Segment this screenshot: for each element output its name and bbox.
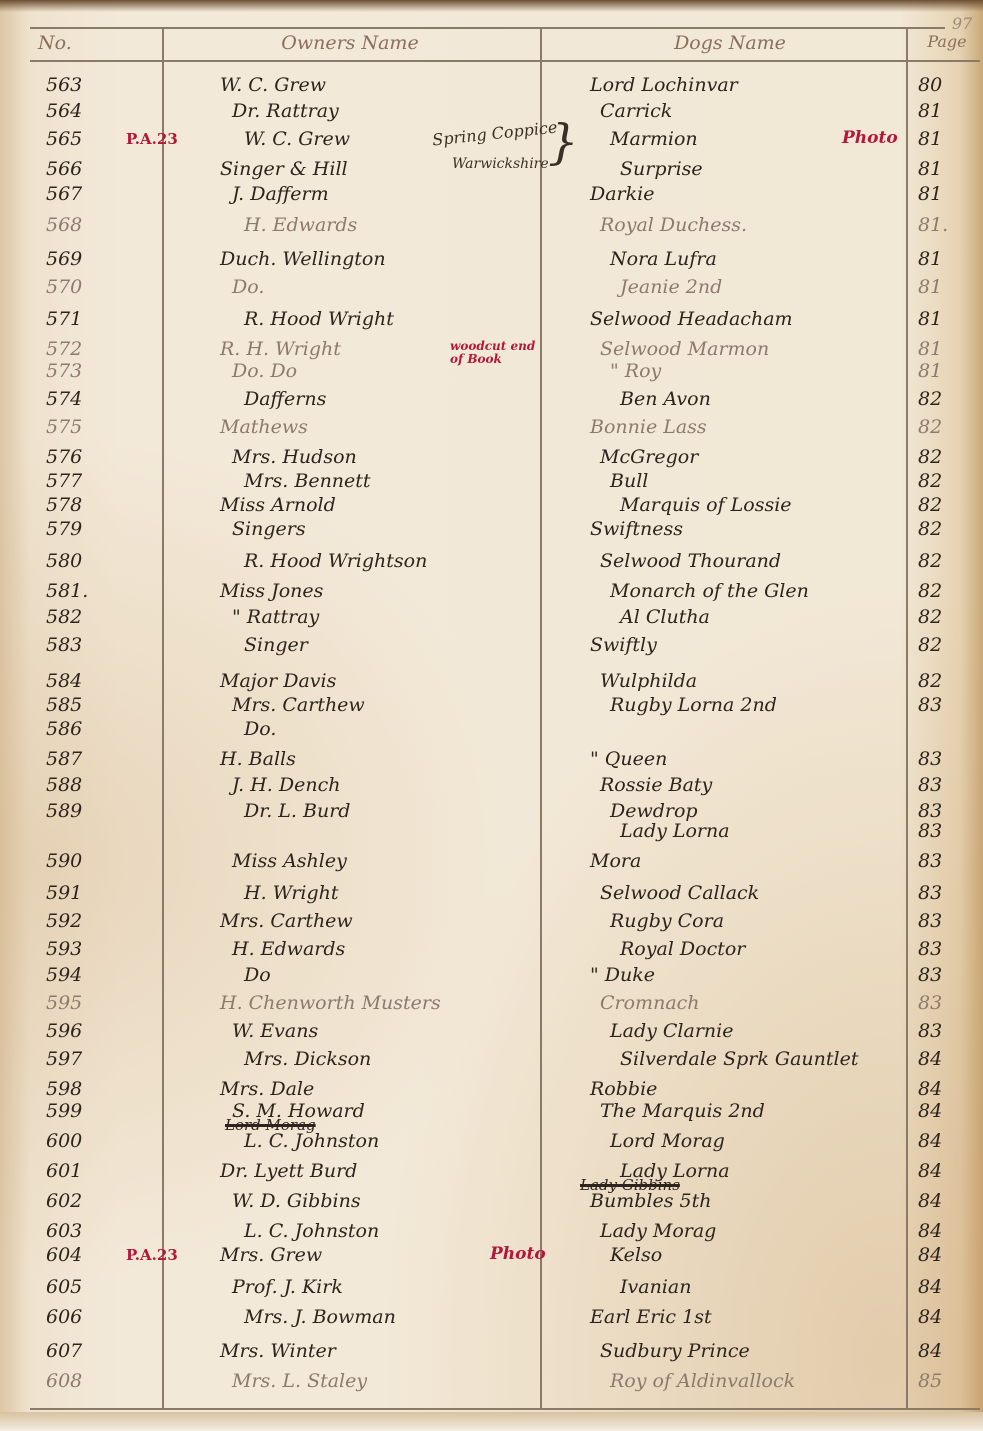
entry-number: 565	[46, 128, 136, 150]
entry-number: 575	[46, 416, 136, 438]
dog-name: " Queen	[570, 748, 930, 770]
owner-name: W. Evans	[200, 1020, 562, 1042]
owner-name: Mrs. Carthew	[200, 910, 550, 932]
dog-name: Silverdale Sprk Gauntlet	[570, 1048, 960, 1070]
page-number: 84	[918, 1244, 968, 1266]
page-number: 83	[918, 1020, 968, 1042]
ledger-row: 576Mrs. HudsonMcGregor82	[0, 446, 983, 472]
entry-number: 577	[46, 470, 136, 492]
dog-name: Mora	[570, 850, 930, 872]
header-owner: Owners Name	[200, 32, 500, 58]
dog-name: Bonnie Lass	[570, 416, 930, 438]
ledger-row: 596W. EvansLady Clarnie83	[0, 1020, 983, 1046]
entry-number: 605	[46, 1276, 136, 1298]
owner-name: Miss Jones	[200, 580, 550, 602]
dog-name: The Marquis 2nd	[570, 1100, 940, 1122]
owner-name: H. Balls	[200, 748, 550, 770]
red-reference-mark: P.A.23	[126, 1246, 178, 1264]
dog-name: Monarch of the Glen	[570, 580, 950, 602]
owner-name: Do	[200, 964, 574, 986]
page-number: 83	[918, 992, 968, 1014]
dog-name: Jeanie 2nd	[570, 276, 960, 298]
owner-name: H. Chenworth Musters	[200, 992, 550, 1014]
dog-name: Selwood Marmon	[570, 338, 940, 360]
header-no: No.	[30, 32, 98, 58]
ledger-row: 584Major DavisWulphilda82	[0, 670, 983, 696]
ledger-row: 563W. C. GrewLord Lochinvar80	[0, 74, 983, 100]
ledger-row: 594Do" Duke83	[0, 964, 983, 990]
owner-name: Duch. Wellington	[200, 248, 550, 270]
dog-name: Rugby Cora	[570, 910, 950, 932]
page-number: 82	[918, 606, 968, 628]
page-number: 84	[918, 1306, 968, 1328]
entry-number: 583	[46, 634, 136, 656]
dog-name: Nora Lufra	[570, 248, 950, 270]
dog-name: Selwood Headacham	[570, 308, 930, 330]
annotation-warwickshire: Warwickshire	[452, 156, 549, 172]
owner-name: Prof. J. Kirk	[200, 1276, 562, 1298]
dog-name: Carrick	[570, 100, 940, 122]
entry-number: 599	[46, 1100, 136, 1122]
dog-name: Robbie	[570, 1078, 930, 1100]
entry-number: 582	[46, 606, 136, 628]
entry-number: 602	[46, 1190, 136, 1212]
dog-name: Surprise	[570, 158, 960, 180]
owner-name: Miss Arnold	[200, 494, 550, 516]
ledger-row: 604P.A.23Mrs. GrewPhotoKelso84	[0, 1244, 983, 1270]
ledger-row: 586Do.	[0, 718, 983, 744]
entry-number: 606	[46, 1306, 136, 1328]
dog-name: Lady Morag	[570, 1220, 940, 1242]
entry-number: 592	[46, 910, 136, 932]
ledger-row: 587H. Balls" Queen83	[0, 748, 983, 774]
ledger-row: 607Mrs. WinterSudbury Prince84	[0, 1340, 983, 1366]
ledger-row: Lady Lorna83	[0, 820, 983, 846]
page-number: 83	[918, 938, 968, 960]
entry-number: 598	[46, 1078, 136, 1100]
entry-number: 591	[46, 882, 136, 904]
annotation-woodcut: woodcut end of Book	[450, 340, 540, 366]
annotation-brace: }	[548, 118, 579, 166]
entry-number: 594	[46, 964, 136, 986]
entry-number: 564	[46, 100, 136, 122]
page-number: 83	[918, 748, 968, 770]
ledger-row: 574DaffernsBen Avon82	[0, 388, 983, 414]
owner-name: Singer	[200, 634, 574, 656]
dog-name: Dewdrop	[570, 800, 950, 822]
ledger-row: 570Do.Jeanie 2nd81	[0, 276, 983, 302]
owner-name: J. H. Dench	[200, 774, 562, 796]
page-number: 81	[918, 308, 968, 330]
dog-name: Royal Duchess.	[570, 214, 940, 236]
page-number: 84	[918, 1276, 968, 1298]
dog-name: Rossie Baty	[570, 774, 940, 796]
owner-name: Mrs. J. Bowman	[200, 1306, 574, 1328]
ledger-row: 564Dr. RattrayCarrick81	[0, 100, 983, 126]
owner-name: Mrs. Dale	[200, 1078, 550, 1100]
entry-number: 604	[46, 1244, 136, 1266]
ledger-row: 571R. Hood WrightSelwood Headacham81	[0, 308, 983, 334]
page-number: 81	[918, 128, 968, 150]
entry-number: 566	[46, 158, 136, 180]
ledger-row: 602W. D. GibbinsLady GibbinsBumbles 5th8…	[0, 1190, 983, 1216]
dog-name: Ben Avon	[570, 388, 960, 410]
ledger-row: 581.Miss JonesMonarch of the Glen82	[0, 580, 983, 606]
entry-number: 580	[46, 550, 136, 572]
dog-name: Al Clutha	[570, 606, 960, 628]
owner-name: Dr. L. Burd	[200, 800, 574, 822]
owner-name: R. Hood Wright	[200, 308, 574, 330]
entry-number: 596	[46, 1020, 136, 1042]
page-number: 83	[918, 882, 968, 904]
dog-name: Swiftly	[570, 634, 930, 656]
dog-name: Bull	[570, 470, 950, 492]
dog-name: Darkie	[570, 183, 930, 205]
entry-number: 587	[46, 748, 136, 770]
entry-number: 567	[46, 183, 136, 205]
entry-number: 590	[46, 850, 136, 872]
page-number: 82	[918, 580, 968, 602]
book-bottom-edge	[0, 1412, 983, 1431]
entry-number: 607	[46, 1340, 136, 1362]
ledger-row: 567J. DaffermDarkie81	[0, 183, 983, 209]
entry-number: 588	[46, 774, 136, 796]
ledger-row: 568H. EdwardsRoyal Duchess.81.	[0, 214, 983, 240]
dog-name: Earl Eric 1st	[570, 1306, 930, 1328]
owner-name: Mrs. L. Staley	[200, 1370, 562, 1392]
ledger-row: 603L. C. JohnstonLady Morag84	[0, 1220, 983, 1246]
page-number: 84	[918, 1130, 968, 1152]
owner-name: Do.	[200, 718, 574, 740]
dog-name: Marmion	[570, 128, 950, 150]
header-dog: Dogs Name	[580, 32, 880, 58]
dog-name: Lady Lorna	[570, 820, 960, 842]
dog-name: Roy of Aldinvallock	[570, 1370, 950, 1392]
owner-name: Do.	[200, 276, 562, 298]
entry-number: 569	[46, 248, 136, 270]
dog-name: Bumbles 5th	[570, 1190, 930, 1212]
entry-number: 589	[46, 800, 136, 822]
owner-name: Dr. Rattray	[200, 100, 562, 122]
ledger-row: 601Dr. Lyett BurdLady Lorna84	[0, 1160, 983, 1186]
ledger-row: 595H. Chenworth MustersCromnach83	[0, 992, 983, 1018]
ledger-row: 591H. WrightSelwood Callack83	[0, 882, 983, 908]
page-number: 81	[918, 276, 968, 298]
page-number: 81	[918, 360, 968, 382]
dog-name: Cromnach	[570, 992, 940, 1014]
page-number: 83	[918, 964, 968, 986]
page-number: 83	[918, 774, 968, 796]
dog-name: Swiftness	[570, 518, 930, 540]
entry-number: 597	[46, 1048, 136, 1070]
page-number: 84	[918, 1160, 968, 1182]
entry-number: 563	[46, 74, 136, 96]
page-number: 81.	[918, 214, 968, 236]
ledger-row: 580R. Hood WrightsonSelwood Thourand82	[0, 550, 983, 576]
entry-number: 601	[46, 1160, 136, 1182]
dog-name: " Roy	[570, 360, 950, 382]
owner-name: W. D. Gibbins	[200, 1190, 562, 1212]
page-number: 82	[918, 388, 968, 410]
page-number: 82	[918, 634, 968, 656]
entry-number: 579	[46, 518, 136, 540]
page-number: 84	[918, 1100, 968, 1122]
page-number: 84	[918, 1078, 968, 1100]
page-number: 81	[918, 338, 968, 360]
header-page: Page	[912, 32, 982, 58]
ledger-row: 575MathewsBonnie Lass82	[0, 416, 983, 442]
entry-number: 600	[46, 1130, 136, 1152]
bottom-rule	[30, 1408, 980, 1410]
entry-number: 585	[46, 694, 136, 716]
page-number: 82	[918, 470, 968, 492]
page-number: 82	[918, 550, 968, 572]
ledger-row: 585Mrs. CarthewRugby Lorna 2nd83	[0, 694, 983, 720]
entry-number: 571	[46, 308, 136, 330]
owner-name: Miss Ashley	[200, 850, 562, 872]
owner-name: R. Hood Wrightson	[200, 550, 574, 572]
page-number: 82	[918, 518, 968, 540]
entry-number: 608	[46, 1370, 136, 1392]
owner-name: " Rattray	[200, 606, 562, 628]
entry-number: 581.	[46, 580, 136, 602]
dog-name: Marquis of Lossie	[570, 494, 960, 516]
entry-number: 573	[46, 360, 136, 382]
page-number: 81	[918, 100, 968, 122]
dog-name: Lord Morag	[570, 1130, 950, 1152]
dog-name: Lady Clarnie	[570, 1020, 950, 1042]
owner-name: L. C. Johnston	[200, 1130, 574, 1152]
owner-name: Mrs. Carthew	[200, 694, 562, 716]
ledger-row: 600Lord MoragL. C. JohnstonLord Morag84	[0, 1130, 983, 1156]
ledger-row: 606Mrs. J. BowmanEarl Eric 1st84	[0, 1306, 983, 1332]
ledger-row: 588J. H. DenchRossie Baty83	[0, 774, 983, 800]
ledger-row: 608Mrs. L. StaleyRoy of Aldinvallock85	[0, 1370, 983, 1396]
book-top-edge	[0, 0, 983, 12]
owner-name: Mrs. Bennett	[200, 470, 574, 492]
page-number: 84	[918, 1340, 968, 1362]
ledger-row: 605Prof. J. KirkIvanian84	[0, 1276, 983, 1302]
dog-name: Sudbury Prince	[570, 1340, 940, 1362]
page-number: 83	[918, 910, 968, 932]
ledger-row: 593H. EdwardsRoyal Doctor83	[0, 938, 983, 964]
entry-number: 568	[46, 214, 136, 236]
page-number: 83	[918, 800, 968, 822]
dog-name: Ivanian	[570, 1276, 960, 1298]
header-bottom-rule	[30, 60, 980, 62]
header-top-rule	[30, 27, 945, 29]
dog-name: " Duke	[570, 964, 930, 986]
owner-name: Mrs. Winter	[200, 1340, 550, 1362]
entry-number: 603	[46, 1220, 136, 1242]
entry-number: 572	[46, 338, 136, 360]
entry-number: 584	[46, 670, 136, 692]
page-number: 82	[918, 446, 968, 468]
entry-number: 593	[46, 938, 136, 960]
owner-name: H. Edwards	[200, 938, 562, 960]
ledger-row: 579SingersSwiftness82	[0, 518, 983, 544]
page-number: 84	[918, 1190, 968, 1212]
ledger-row: 582" RattrayAl Clutha82	[0, 606, 983, 632]
owner-name: Mathews	[200, 416, 550, 438]
owner-name: Mrs. Hudson	[200, 446, 562, 468]
ledger-row: 577Mrs. BennettBull82	[0, 470, 983, 496]
entry-number: 578	[46, 494, 136, 516]
photo-mark: Photo	[490, 1244, 546, 1264]
owner-name: H. Edwards	[200, 214, 574, 236]
page-number: 81	[918, 248, 968, 270]
ledger-page: 97 No. Owners Name Dogs Name Page 563W. …	[0, 0, 983, 1431]
entry-number: 586	[46, 718, 136, 740]
page-number: 81	[918, 183, 968, 205]
entry-number: 595	[46, 992, 136, 1014]
page-number: 81	[918, 158, 968, 180]
ledger-row: 583SingerSwiftly82	[0, 634, 983, 660]
owner-name: L. C. Johnston	[200, 1220, 574, 1242]
page-number: 82	[918, 494, 968, 516]
page-number: 82	[918, 670, 968, 692]
dog-name: Kelso	[570, 1244, 950, 1266]
page-number: 80	[918, 74, 968, 96]
entry-number: 570	[46, 276, 136, 298]
entry-number: 576	[46, 446, 136, 468]
page-number: 83	[918, 820, 968, 842]
dog-name: Royal Doctor	[570, 938, 960, 960]
dog-name: Wulphilda	[570, 670, 940, 692]
owner-name: W. C. Grew	[200, 74, 550, 96]
dog-name: Lord Lochinvar	[570, 74, 930, 96]
red-reference-mark: P.A.23	[126, 130, 178, 148]
dog-name: Rugby Lorna 2nd	[570, 694, 950, 716]
page-number: 84	[918, 1220, 968, 1242]
dog-name: Selwood Callack	[570, 882, 940, 904]
entry-number: 574	[46, 388, 136, 410]
page-number: 83	[918, 850, 968, 872]
page-number: 82	[918, 416, 968, 438]
dog-name: McGregor	[570, 446, 940, 468]
page-number: 84	[918, 1048, 968, 1070]
owner-name: Dr. Lyett Burd	[200, 1160, 550, 1182]
leaf-number: 97	[952, 14, 972, 33]
page-number: 83	[918, 694, 968, 716]
owner-name: Dafferns	[200, 388, 574, 410]
ledger-row: 578Miss ArnoldMarquis of Lossie82	[0, 494, 983, 520]
owner-name: H. Wright	[200, 882, 574, 904]
dog-name: Selwood Thourand	[570, 550, 940, 572]
ledger-row: 592Mrs. CarthewRugby Cora83	[0, 910, 983, 936]
owner-name: J. Dafferm	[200, 183, 562, 205]
ledger-row: 569Duch. WellingtonNora Lufra81	[0, 248, 983, 274]
owner-name: Singers	[200, 518, 562, 540]
owner-name: Mrs. Dickson	[200, 1048, 574, 1070]
page-number: 85	[918, 1370, 968, 1392]
ledger-row: 590Miss AshleyMora83	[0, 850, 983, 876]
owner-name: Major Davis	[200, 670, 550, 692]
ledger-row: 599S. M. HowardThe Marquis 2nd84	[0, 1100, 983, 1126]
ledger-row: 597Mrs. DicksonSilverdale Sprk Gauntlet8…	[0, 1048, 983, 1074]
